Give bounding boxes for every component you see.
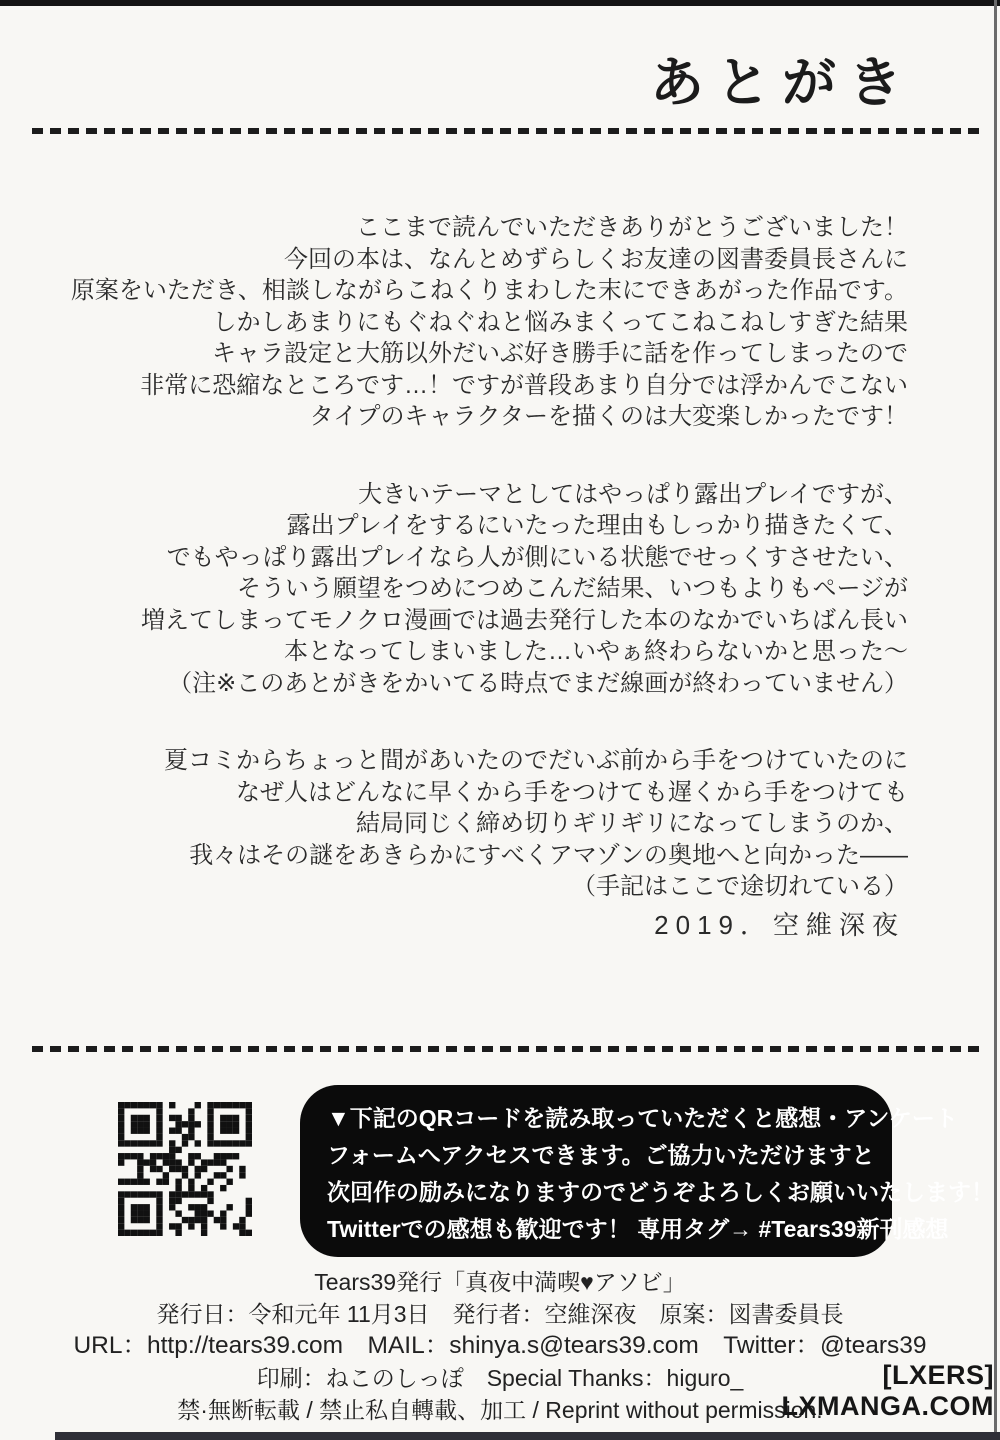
afterword-line: ここまで読んでいただきありがとうございました！ [60,212,908,244]
colophon-contact-line: URL：http://tears39.com MAIL：shinya.s@tea… [0,1330,1000,1362]
afterword-line: しかしあまりにもぐねぐねと悩みまくってこねこねしすぎた結果 [60,307,908,339]
afterword-line: （手記はここで途切れている） [60,871,908,903]
afterword-line: キャラ設定と大筋以外だいぶ好き勝手に話を作ってしまったので [60,338,908,370]
scan-top-edge [0,0,1000,6]
afterword-line: 本となってしまいました…いやぁ終わらないかと思った～ [60,636,908,668]
watermark-line-1: [LXERS] [782,1360,994,1391]
afterword-line: 大きいテーマとしてはやっぱり露出プレイですが、 [60,479,908,511]
author-signature: 2019．空維深夜 [654,905,905,942]
afterword-line: なぜ人はどんなに早くから手をつけても遅くから手をつけても [60,777,908,809]
qr-note-box: ▼下記のQRコードを読み取っていただくと感想・アンケート フォームへアクセスでき… [300,1085,892,1257]
afterword-paragraph-2: 大きいテーマとしてはやっぱり露出プレイですが、 露出プレイをするにいたった理由も… [60,479,908,700]
afterword-line: 非常に恐縮なところです…！ですが普段あまり自分では浮かんでこない [60,370,908,402]
afterword-line: タイプのキャラクターを描くのは大変楽しかったです！ [60,401,908,433]
qr-code-icon [118,1102,252,1236]
colophon-title-line: Tears39発行「真夜中満喫♥アソビ」 [0,1266,1000,1298]
qr-section: ▼下記のQRコードを読み取っていただくと感想・アンケート フォームへアクセスでき… [0,1080,1000,1260]
afterword-page: あとがき ここまで読んでいただきありがとうございました！ 今回の本は、なんとめず… [0,0,1000,1440]
afterword-line: そういう願望をつめにつめこんだ結果、いつもよりもページが [60,573,908,605]
afterword-line: （注※このあとがきをかいてる時点でまだ線画が終わっていません） [60,668,908,700]
watermark-line-2: LXMANGA.COM [782,1391,994,1422]
afterword-line: 我々はその謎をあきらかにすべくアマゾンの奥地へと向かった―― [60,840,908,872]
qr-note-line: Twitterでの感想も歓迎です！ 専用タグ→ #Tears39新刊感想 [327,1211,865,1248]
dashed-divider-bottom [32,1046,986,1052]
site-watermark: [LXERS] LXMANGA.COM [782,1360,994,1422]
dashed-divider-top [32,128,986,134]
qr-note-line: 次回作の励みになりますのでどうぞよろしくお願いいたします！ [327,1174,865,1211]
scan-bottom-edge [55,1432,1000,1440]
colophon-publication-line: 発行日：令和元年 11月3日 発行者：空維深夜 原案：図書委員長 [0,1298,1000,1330]
afterword-line: 夏コミからちょっと間があいたのでだいぶ前から手をつけていたのに [60,745,908,777]
afterword-line: でもやっぱり露出プレイなら人が側にいる状態でせっくすさせたい、 [60,542,908,574]
afterword-paragraph-3: 夏コミからちょっと間があいたのでだいぶ前から手をつけていたのに なぜ人はどんなに… [60,745,908,903]
qr-note-line: ▼下記のQRコードを読み取っていただくと感想・アンケート [327,1100,865,1137]
qr-note-line: フォームへアクセスできます。ご協力いただけますと [327,1137,865,1174]
afterword-line: 今回の本は、なんとめずらしくお友達の図書委員長さんに [60,244,908,276]
afterword-paragraph-1: ここまで読んでいただきありがとうございました！ 今回の本は、なんとめずらしくお友… [60,212,908,433]
afterword-line: 結局同じく締め切りギリギリになってしまうのか、 [60,808,908,840]
afterword-line: 増えてしまってモノクロ漫画では過去発行した本のなかでいちばん長い [60,605,908,637]
afterword-body: ここまで読んでいただきありがとうございました！ 今回の本は、なんとめずらしくお友… [60,212,908,903]
afterword-line: 原案をいただき、相談しながらこねくりまわした末にできあがった作品です。 [60,275,908,307]
afterword-line: 露出プレイをするにいたった理由もしっかり描きたくて、 [60,510,908,542]
page-title: あとがき [650,40,914,117]
